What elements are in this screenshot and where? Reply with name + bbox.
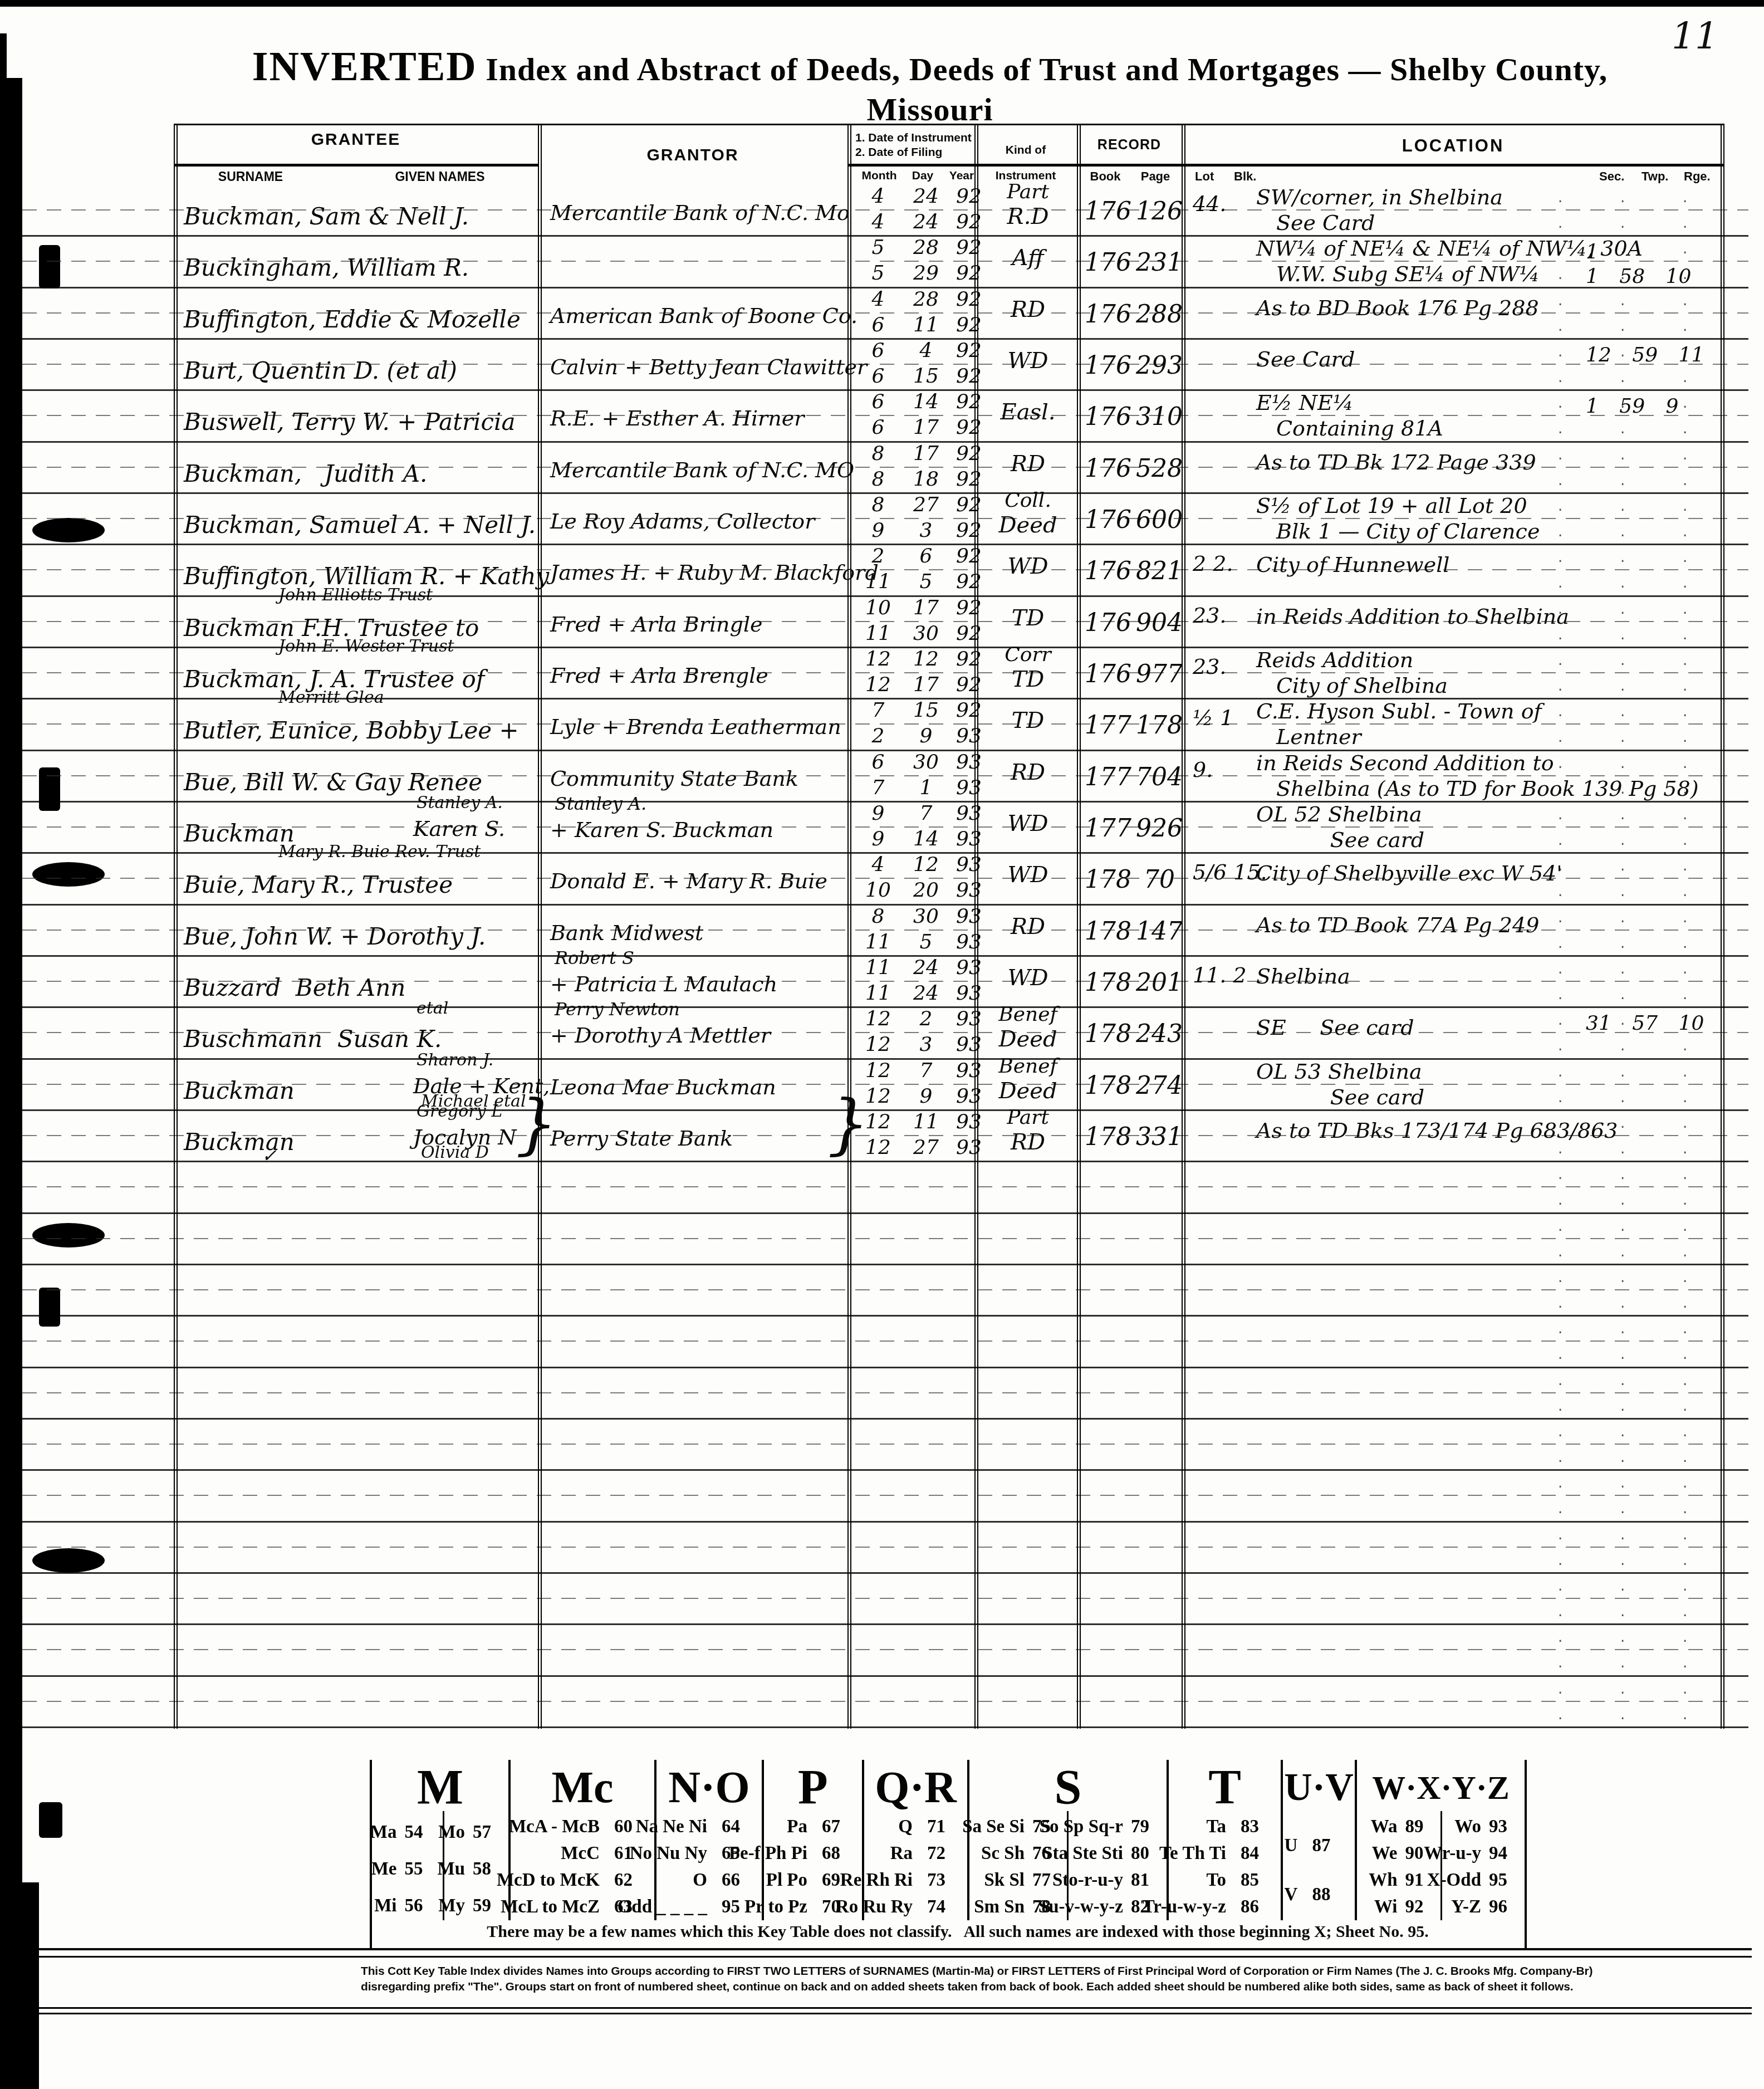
grantor-name: Bank Midwest: [550, 921, 703, 945]
location-line-1: NW¼ of NE¼ & NE¼ of NW¼, 30A: [1256, 236, 1643, 261]
leader-dot: ·: [1683, 1248, 1687, 1265]
col-header-day: Day: [903, 169, 942, 183]
key-cell: Y-Z96: [1440, 1897, 1517, 1917]
table-row: John Elliotts TrustBuckman F.H. Trustee …: [0, 595, 1764, 647]
key-cell: Sta Ste Sti80: [1067, 1843, 1159, 1864]
table-row: Buffington, William R. + KathyJames H. +…: [0, 544, 1764, 595]
key-cell-label: Ta: [1207, 1817, 1226, 1837]
leader-dot: ·: [1683, 1299, 1687, 1316]
header-mid-rule: [174, 164, 538, 167]
key-cell-number: 72: [927, 1843, 956, 1864]
grantor-name: Donald E. + Mary R. Buie: [550, 869, 827, 893]
date-instrument-year: 93: [949, 802, 989, 825]
leader-dot: ·: [1683, 1171, 1687, 1187]
location-line-1: OL 52 Shelbina: [1256, 802, 1422, 826]
grantor-name: Calvin + Betty Jean Clawitter: [550, 355, 867, 379]
location-lot-blk: 9.: [1193, 757, 1213, 782]
key-cell-label: Wi: [1374, 1897, 1398, 1917]
row-rule-dashed: [22, 1598, 1748, 1599]
key-cell: Odd _ _ _ _95: [655, 1897, 758, 1917]
location-sec-twp-rge-1: 31 57 10: [1586, 1012, 1704, 1035]
record-book: 177: [1082, 814, 1134, 843]
record-page: 904: [1136, 609, 1183, 637]
key-cell: Pe-f Ph Pi68: [763, 1843, 859, 1864]
row-rule-dashed: [22, 1701, 1748, 1702]
date-instrument-year: 93: [949, 1007, 989, 1030]
location-line-1: in Reids Addition to Shelbina: [1256, 604, 1569, 629]
date-instrument-month: 6: [854, 390, 902, 413]
col-header-rge: Rge.: [1684, 169, 1711, 184]
kind-of-instrument: RD: [980, 914, 1076, 940]
key-section-title-N-O: N·O: [655, 1761, 763, 1814]
given-names-top: etal: [416, 999, 448, 1018]
key-cell-label: Pa: [787, 1817, 807, 1837]
date-filing-day: 17: [902, 416, 950, 439]
key-cell-label: Sk Sl: [984, 1870, 1025, 1891]
leader-dot: ·: [1620, 1325, 1625, 1342]
location-line-1: OL 53 Shelbina: [1256, 1059, 1422, 1084]
date-instrument-year: 93: [949, 853, 989, 876]
record-book: 176: [1082, 197, 1134, 226]
date-filing-month: 7: [854, 776, 902, 799]
record-book: 176: [1082, 300, 1134, 329]
key-cell: Wa89: [1356, 1817, 1433, 1837]
key-cell-number: 89: [1405, 1817, 1430, 1837]
key-cell: V88: [1282, 1885, 1351, 1905]
table-row: Buschmann Susan K.etalPerry Newton+ Doro…: [0, 1006, 1764, 1058]
location-line-1: E½ NE¼: [1256, 390, 1353, 415]
date-filing-year: 92: [949, 416, 989, 439]
leader-dot: ·: [1620, 1428, 1625, 1445]
date-filing-year: 93: [949, 1136, 989, 1159]
key-table-vline: [508, 1760, 511, 1920]
col-header-grantor: GRANTOR: [538, 146, 847, 165]
date-instrument-day: 24: [902, 956, 950, 979]
leader-dot: ·: [1620, 1479, 1625, 1496]
location-line-2: W.W. Subg SE¼ of NW¼: [1276, 262, 1540, 286]
key-cell-label: Wo: [1454, 1817, 1481, 1837]
date-instrument-month: 4: [854, 288, 902, 311]
grantor-name: Fred + Arla Brengle: [550, 663, 768, 688]
leader-dot: ·: [1620, 1248, 1625, 1265]
key-cell-number: 64: [722, 1817, 751, 1837]
grantee-name: Buckman, Sam & Nell J.: [184, 203, 469, 230]
leader-dot: ·: [1620, 1608, 1625, 1625]
record-page: 977: [1136, 660, 1183, 688]
key-cell-label: Pr to Pz: [744, 1897, 807, 1917]
table-top-border: [174, 124, 1724, 125]
leader-dot: ·: [1558, 1299, 1562, 1316]
key-cell: X-Odd95: [1440, 1870, 1517, 1891]
key-table-vline: [762, 1760, 764, 1920]
location-line-1: C.E. Hyson Subl. - Town of: [1256, 699, 1542, 723]
date-instrument-year: 92: [949, 185, 989, 208]
row-rule-solid: [22, 1726, 1748, 1728]
kind-of-instrument: RD: [980, 760, 1076, 785]
table-row: Buzzard Beth AnnRobert S+ Patricia L Mau…: [0, 955, 1764, 1006]
record-page: 70: [1136, 865, 1183, 894]
leader-dot: ·: [1620, 1659, 1625, 1676]
location-lot-blk: 23.: [1193, 603, 1226, 628]
date-filing-month: 11: [854, 931, 902, 953]
key-cell-number: 94: [1489, 1843, 1513, 1864]
col-header-date-filing: 2. Date of Filing: [855, 146, 942, 159]
row-rule-dashed: [22, 1547, 1748, 1548]
key-cell-number: 62: [614, 1870, 643, 1891]
location-line-1: As to TD Book 77A Pg 249: [1256, 913, 1539, 937]
key-cell-label: U: [1285, 1836, 1298, 1856]
row-rule-dashed: [22, 1186, 1748, 1187]
grantor-name: Mercantile Bank of N.C. MO: [550, 458, 854, 482]
location-line-2: See Card: [1276, 211, 1375, 235]
col-header-twp: Twp.: [1641, 169, 1668, 184]
key-cell: So Sp Sq-r79: [1067, 1817, 1159, 1837]
grantee-name: Buckman: [184, 1077, 295, 1104]
grantee-name: Burt, Quentin D. (et al): [184, 357, 457, 384]
row-rule-solid: [22, 1264, 1748, 1265]
date-filing-month: 12: [854, 673, 902, 696]
kind-line-1: Part: [980, 180, 1076, 203]
kind-line-1: Corr: [980, 643, 1076, 666]
location-line-2: City of Shelbina: [1276, 673, 1448, 698]
date-instrument-day: 12: [902, 853, 950, 876]
date-instrument-month: 4: [854, 853, 902, 876]
record-page: 528: [1136, 454, 1183, 483]
kind-of-instrument: Easl.: [980, 399, 1076, 425]
key-cell-label: Sta Ste Sti: [1042, 1843, 1123, 1864]
date-filing-day: 17: [902, 673, 950, 696]
leader-dot: ·: [1558, 1222, 1562, 1239]
date-instrument-year: 92: [949, 699, 989, 722]
leader-dot: ·: [1683, 1582, 1687, 1599]
scan-edge-top: [0, 0, 1764, 7]
grantee-name: Bue, Bill W. & Gay Renee: [184, 769, 482, 796]
row-rule-solid: [22, 1212, 1748, 1214]
date-filing-year: 92: [949, 570, 989, 593]
table-row: Buffington, Eddie & MozelleAmerican Bank…: [0, 287, 1764, 338]
leader-dot: ·: [1683, 1402, 1687, 1419]
row-rule-dashed: [22, 1392, 1748, 1393]
grantee-name: Buckman, Samuel A. + Nell J.: [184, 511, 536, 539]
date-filing-year: 92: [949, 211, 989, 233]
key-cell-label: O: [693, 1870, 707, 1891]
key-cell-number: 67: [822, 1817, 851, 1837]
date-instrument-day: 15: [902, 699, 950, 722]
key-cell-number: 79: [1131, 1817, 1155, 1837]
key-cell-label: My: [438, 1896, 465, 1916]
date-instrument-year: 92: [949, 339, 989, 362]
table-vline: [538, 124, 542, 1729]
key-table-vline: [862, 1760, 864, 1920]
divider-rule: [16, 2007, 1752, 2009]
key-cell-number: 56: [405, 1896, 429, 1916]
location-sec-twp-rge-2: 1 58 10: [1586, 265, 1691, 288]
kind-of-instrument: Deed: [980, 1026, 1076, 1052]
key-cell: To85: [1168, 1870, 1277, 1891]
key-cell-number: 87: [1312, 1836, 1341, 1856]
key-cell-label: We: [1372, 1843, 1398, 1864]
row-rule-solid: [22, 1161, 1748, 1162]
date-filing-day: 3: [902, 519, 950, 542]
table-row: John E. Wester TrustBuckman, J. A. Trust…: [0, 647, 1764, 698]
date-instrument-day: 6: [902, 545, 950, 567]
date-filing-month: 6: [854, 314, 902, 336]
record-book: 176: [1082, 506, 1134, 534]
key-cell-label: Sc Sh: [981, 1843, 1025, 1864]
record-book: 176: [1082, 557, 1134, 585]
key-cell-number: 58: [473, 1859, 497, 1880]
table-row: Merritt GleaButler, Eunice, Bobby Lee +L…: [0, 698, 1764, 749]
grantee-name: Buckman: [184, 820, 295, 847]
location-line-1: City of Shelbyville exc W 54': [1256, 861, 1562, 885]
date-instrument-year: 93: [949, 905, 989, 928]
leader-dot: ·: [1558, 1557, 1562, 1573]
date-filing-month: 6: [854, 365, 902, 388]
grantor-name: + Karen S. Buckman: [550, 818, 773, 842]
date-filing-day: 20: [902, 879, 950, 902]
grantor-name: Lyle + Brenda Leatherman: [550, 715, 841, 739]
location-lot-blk: 2 2.: [1193, 551, 1233, 576]
key-cell-number: 71: [927, 1817, 956, 1837]
kind-of-instrument: RD: [980, 451, 1076, 477]
record-book: 178: [1082, 917, 1134, 946]
date-instrument-month: 10: [854, 596, 902, 619]
date-instrument-year: 93: [949, 1059, 989, 1082]
record-page: 288: [1136, 300, 1183, 329]
location-lot-blk: ½ 1: [1193, 706, 1233, 730]
date-filing-year: 93: [949, 776, 989, 799]
date-filing-month: 8: [854, 468, 902, 491]
key-cell-number: 73: [927, 1870, 956, 1891]
key-cell-label: Mi: [374, 1896, 396, 1916]
record-page: 147: [1136, 917, 1183, 946]
date-instrument-month: 8: [854, 905, 902, 928]
key-cell-number: 55: [405, 1859, 429, 1880]
given-names-top: Stanley A.: [416, 793, 503, 813]
kind-line-1: Coll.: [980, 489, 1076, 512]
date-filing-year: 92: [949, 468, 989, 491]
fine-print-line-2: disregarding prefix "The". Groups start …: [361, 1979, 1764, 1994]
col-header-month: Month: [854, 169, 904, 183]
leader-dot: ·: [1558, 1633, 1562, 1650]
location-lot-blk: 23.: [1193, 654, 1226, 679]
date-instrument-month: 8: [854, 442, 902, 465]
date-filing-month: 12: [854, 1136, 902, 1159]
key-cell-label: Sto-r-u-y: [1052, 1870, 1123, 1891]
key-cell-label: Ma: [370, 1822, 397, 1843]
record-book: 178: [1082, 1123, 1134, 1151]
grantee-name: Buckman, Judith A.: [184, 460, 427, 487]
grantor-name: + Patricia L Maulach: [550, 972, 777, 996]
binder-hole-icon: [32, 1548, 105, 1573]
kind-of-instrument: WD: [980, 965, 1076, 991]
location-line-1: As to TD Bk 172 Page 339: [1256, 450, 1536, 474]
kind-line-1: Benef: [980, 1055, 1076, 1078]
table-vline: [1077, 124, 1081, 1729]
key-cell-number: 88: [1312, 1885, 1341, 1905]
grantee-note-top: John E. Wester Trust: [278, 637, 454, 656]
leader-dot: ·: [1620, 1222, 1625, 1239]
key-cell: Mu58: [439, 1859, 501, 1880]
date-filing-month: 12: [854, 1033, 902, 1056]
key-cell: U87: [1282, 1836, 1351, 1856]
key-cell-label: McA - McB: [509, 1817, 600, 1837]
date-instrument-day: 12: [902, 648, 950, 671]
col-header-grantee: GRANTEE: [174, 130, 538, 149]
date-instrument-month: 6: [854, 339, 902, 362]
date-instrument-day: 7: [902, 802, 950, 825]
row-rule-dashed: [22, 1289, 1748, 1290]
date-instrument-month: 5: [854, 236, 902, 259]
given-names: Karen S.: [413, 816, 505, 841]
key-cell: Sto-r-u-y81: [1067, 1870, 1159, 1891]
row-rule-dashed: [22, 1444, 1748, 1445]
binder-hole-icon: [39, 1802, 62, 1838]
key-cell: Wr-u-y94: [1440, 1843, 1517, 1864]
key-cell-label: X-Odd: [1427, 1870, 1481, 1891]
date-instrument-day: 24: [902, 185, 950, 208]
table-vline: [174, 124, 178, 1729]
key-section-title-T: T: [1168, 1761, 1282, 1814]
key-cell-number: 74: [927, 1897, 956, 1917]
kind-of-instrument: TD: [980, 708, 1076, 733]
grantee-note-top: Mary R. Buie Rev. Trust: [278, 842, 481, 862]
location-line-2: Containing 81A: [1276, 416, 1443, 441]
leader-dot: ·: [1558, 1685, 1562, 1702]
leader-dot: ·: [1558, 1479, 1562, 1496]
key-cell-label: Odd _ _ _ _: [618, 1897, 707, 1917]
date-filing-year: 92: [949, 673, 989, 696]
key-table-note: There may be a few names which this Key …: [390, 1922, 1526, 1941]
date-instrument-day: 17: [902, 442, 950, 465]
grantor-name: Fred + Arla Bringle: [550, 612, 763, 637]
record-book: 176: [1082, 403, 1134, 431]
record-book: 178: [1082, 968, 1134, 997]
col-header-kind-1: Kind of: [974, 144, 1077, 157]
record-page: 310: [1136, 403, 1183, 431]
key-cell: O66: [655, 1870, 758, 1891]
kind-of-instrument: WD: [980, 862, 1076, 888]
leader-dot: ·: [1558, 1454, 1562, 1470]
key-cell: Q71: [863, 1817, 964, 1837]
key-section-title-W-X-Y-Z: W·X·Y·Z: [1356, 1761, 1526, 1814]
col-header-date-instrument: 1. Date of Instrument: [855, 131, 972, 145]
grantor-name: James H. + Ruby M. Blackford: [550, 560, 879, 585]
kind-of-instrument: Deed: [980, 512, 1076, 538]
record-page: 126: [1136, 197, 1183, 226]
leader-dot: ·: [1683, 1377, 1687, 1393]
leader-dot: ·: [1683, 1531, 1687, 1548]
location-line-1: SE See card: [1256, 1015, 1414, 1040]
key-cell: McD to McK62: [509, 1870, 651, 1891]
grantee-name: Buswell, Terry W. + Patricia: [184, 408, 516, 436]
leader-dot: ·: [1620, 1505, 1625, 1522]
grantor-name: Mercantile Bank of N.C. Mo: [550, 200, 850, 225]
leader-dot: ·: [1558, 1377, 1562, 1393]
date-filing-month: 10: [854, 879, 902, 902]
record-page: 331: [1136, 1123, 1183, 1151]
key-section-title-S: S: [968, 1761, 1168, 1814]
date-filing-year: 92: [949, 519, 989, 542]
record-book: 178: [1082, 1072, 1134, 1100]
leader-dot: ·: [1558, 1582, 1562, 1599]
kind-of-instrument: WD: [980, 348, 1076, 374]
page-title-inverted: INVERTED: [252, 44, 477, 90]
table-row: Buckman, Sam & Nell J.Mercantile Bank of…: [0, 184, 1764, 235]
leader-dot: ·: [1683, 1274, 1687, 1290]
date-instrument-day: 7: [902, 1059, 950, 1082]
date-filing-year: 93: [949, 931, 989, 953]
key-cell: Re Rh Ri73: [863, 1870, 964, 1891]
grantee-note-top: Merritt Glea: [278, 688, 384, 707]
date-filing-month: 11: [854, 622, 902, 645]
key-cell: Me55: [371, 1859, 433, 1880]
leader-dot: ·: [1620, 1454, 1625, 1470]
record-page: 821: [1136, 557, 1183, 585]
key-cell-number: 59: [473, 1896, 497, 1916]
key-cell: Tr-u-w-y-z86: [1168, 1897, 1277, 1917]
grantee-name: Buzzard Beth Ann: [184, 974, 405, 1001]
record-page: 231: [1136, 248, 1183, 277]
table-row: Mary R. Buie Rev. TrustBuie, Mary R., Tr…: [0, 852, 1764, 903]
leader-dot: ·: [1558, 1428, 1562, 1445]
key-cell-label: Sa Se Si: [962, 1817, 1025, 1837]
leader-dot: ·: [1620, 1557, 1625, 1573]
key-table-vline: [967, 1760, 969, 1920]
key-cell-number: 86: [1241, 1897, 1270, 1917]
date-filing-month: 2: [854, 725, 902, 747]
date-filing-day: 27: [902, 1136, 950, 1159]
date-filing-month: 6: [854, 416, 902, 439]
kind-line-1: Benef: [980, 1003, 1076, 1026]
location-line-2: Lentner: [1276, 725, 1361, 749]
grantee-name: Bue, John W. + Dorothy J.: [184, 923, 486, 950]
row-rule-solid: [22, 1623, 1748, 1625]
record-page: 926: [1136, 814, 1183, 843]
key-cell: We90: [1356, 1843, 1433, 1864]
row-rule-solid: [22, 1367, 1748, 1368]
date-instrument-month: 4: [854, 185, 902, 208]
location-line-1: As to BD Book 176 Pg 288: [1256, 296, 1539, 320]
key-cell-label: Ra: [890, 1843, 913, 1864]
leader-dot: ·: [1558, 1325, 1562, 1342]
key-cell: Ta83: [1168, 1817, 1277, 1837]
key-cell: Pa67: [763, 1817, 859, 1837]
grantee-name: Butler, Eunice, Bobby Lee +: [184, 717, 519, 744]
divider-rule: [16, 1956, 1752, 1958]
surname-checkmark: ✓: [262, 1145, 277, 1166]
key-cell-label: Mo: [438, 1822, 465, 1843]
leader-dot: ·: [1683, 1608, 1687, 1625]
location-line-2: See card: [1276, 828, 1424, 852]
location-line-2: See card: [1276, 1085, 1424, 1109]
header-mid-rule: [847, 164, 1724, 167]
col-header-page: Page: [1130, 169, 1180, 184]
grantee-name: Buie, Mary R., Trustee: [184, 871, 453, 898]
key-cell-label: Re Rh Ri: [840, 1870, 913, 1891]
leader-dot: ·: [1558, 1351, 1562, 1367]
col-header-book: Book: [1080, 169, 1130, 184]
date-filing-day: 1: [902, 776, 950, 799]
table-row: Bue, Bill W. & Gay ReneeCommunity State …: [0, 750, 1764, 801]
date-instrument-year: 92: [949, 288, 989, 311]
key-cell-label: Y-Z: [1451, 1897, 1481, 1917]
location-line-2: Shelbina (As to TD for Book 139 Pg 58): [1276, 776, 1699, 801]
key-section-title-Mc: Mc: [509, 1761, 655, 1814]
col-header-sec: Sec.: [1599, 169, 1624, 184]
location-line-1: City of Hunnewell: [1256, 552, 1449, 577]
page-number: 11: [1672, 14, 1718, 57]
